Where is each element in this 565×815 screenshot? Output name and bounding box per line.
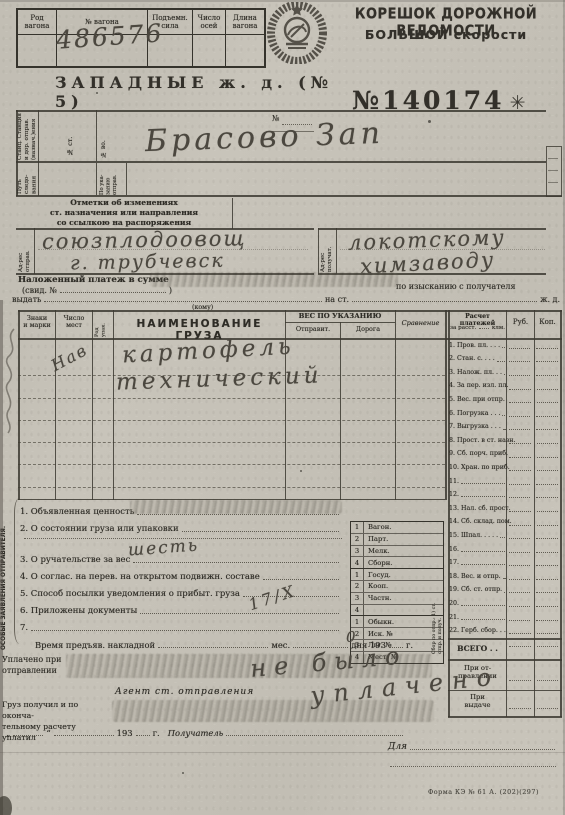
classification-row: Иск. №	[351, 628, 443, 640]
zhd-label: ж. д.	[540, 295, 560, 304]
payment-row: 12.	[449, 489, 561, 503]
quote-close: “	[46, 728, 50, 738]
ownership-group: Госуд. Кооп. Частн.	[351, 569, 443, 616]
scan-corner-blob	[0, 796, 12, 815]
declaration-item-text: 5. Способ посылки уведомления о прибыт. …	[20, 589, 240, 599]
declaration-item: 4. О соглас. на перев. на открытом подви…	[20, 565, 342, 582]
payment-row: 9. Сб. порч. приб.	[449, 448, 561, 462]
year-digit-handwritten: 0	[346, 628, 358, 646]
classification-row-number	[351, 593, 364, 604]
payment-rows: 1. Пров. пл. . . . 2. Стан. с. . . . 3. …	[449, 339, 561, 638]
cargo-name-handwritten-2: технический	[116, 362, 323, 395]
payment-row-label: 7. Выгрузка . . .	[449, 424, 506, 430]
soviet-emblem-icon	[264, 2, 330, 64]
payment-row: 5. Вес. при отпр.	[449, 393, 561, 407]
payment-row: 7. Выгрузка . . .	[449, 421, 561, 435]
payment-row-label: 10. Хран. по приб.	[449, 465, 506, 471]
payment-row: 2. Стан. с. . . .	[449, 353, 561, 367]
classification-row-number	[351, 534, 364, 545]
document-title-line2: БОЛЬШОЙ скорости	[332, 27, 560, 42]
payment-row: 21.	[449, 611, 561, 625]
payment-row-label: 18. Вес. и отпр.	[449, 574, 506, 580]
payment-row: 3. Налож. пл. . .	[449, 366, 561, 380]
wagon-type-cell	[18, 35, 57, 66]
wagon-type-header: Род вагона	[18, 10, 57, 34]
payment-row: 20.	[449, 597, 561, 611]
time-label: Время предъяв. накладной	[35, 640, 155, 650]
mes-label: мес.	[271, 640, 290, 650]
classification-row-number	[351, 605, 364, 616]
payment-row-label: 14. Сб. склад. пом.	[449, 519, 506, 525]
payment-row-label: 1. Пров. пл. . . .	[449, 343, 506, 349]
classification-row-number	[351, 546, 364, 557]
payment-row-label: 5. Вес. при отпр.	[449, 397, 506, 403]
cod-svid-label: (свид. №	[22, 286, 57, 295]
classification-row: Мелк.	[351, 546, 443, 558]
wagon-axles-cell	[193, 35, 226, 66]
payments-total-label: ВСЕГО . .	[449, 644, 506, 653]
payment-row: 8. Прост. в ст. назн.	[449, 434, 561, 448]
g-label: г.	[406, 640, 413, 650]
weight-sender-header: Отправит.	[286, 326, 340, 333]
classification-row: Госуд.	[351, 569, 443, 581]
classification-row-number	[351, 522, 364, 533]
payment-row-label: 16.	[449, 547, 506, 553]
dlya-line: Для	[388, 742, 558, 752]
weight-road-header: Дорога	[341, 326, 395, 333]
station-no-st-label: № ст.	[66, 116, 78, 156]
classification-row-label: Парт.	[364, 535, 388, 543]
declaration-item-text: 2. О состоянии груза или упаковки	[20, 524, 179, 534]
receiver-signature-line: „ “ 193 г. Получатель	[6, 728, 406, 738]
waybill-stub-document: Род вагона № вагона Подъемн. сила Число …	[0, 0, 565, 815]
payment-row-label: 8. Прост. в ст. назн.	[449, 438, 506, 444]
station-side-label: Станц. Станция и дор. отправ. (назнач.)е…	[17, 111, 38, 160]
payment-row: 6. Погрузка . . .	[449, 407, 561, 421]
payment-row: 14. Сб. склад. пом.	[449, 516, 561, 530]
classification-row-label: Кооп.	[364, 582, 388, 590]
paid-at-departure-label: Уплачено при отправлении	[2, 655, 64, 677]
at-delivery-label: При выдаче	[450, 693, 505, 709]
wagon-axles-header: Число осей	[193, 10, 226, 34]
sender-city-handwritten: г. трубчевск	[70, 250, 225, 275]
payment-row-label: 22. Герб. сбор. . .	[449, 628, 506, 634]
railway-name: ЗАПАДНЫЕ ж. д. (№ 5)	[55, 73, 355, 111]
route-side-label: Путь следо- вания	[17, 163, 38, 194]
payment-row: 22. Герб. сбор. . .	[449, 624, 561, 638]
declarations-list: 1. Объявленная ценность 2. О состоянии г…	[20, 500, 342, 633]
margin-scrawl	[0, 325, 24, 435]
declaration-item: 2. О состоянии груза или упаковки	[20, 517, 342, 534]
wagon-length-cell	[226, 35, 264, 66]
notes-line1: Отметки об изменениях	[18, 198, 230, 208]
cod-certificate-line: (свид. № )	[22, 286, 172, 295]
payment-row-label: 3. Налож. пл. . .	[449, 370, 506, 376]
marks-col-header: Знаки и марки	[19, 315, 55, 330]
weight-header: ВЕС ПО УКАЗАНИЮ	[286, 313, 394, 321]
declaration-item-text: 7.	[20, 623, 28, 633]
declaration-item-text: 1. Объявленная ценность	[20, 507, 134, 517]
classification-row-number	[351, 581, 364, 592]
distance-unit: клм.	[492, 325, 505, 331]
na-st-label: на ст.	[325, 295, 349, 304]
cod-payout-line: выдать на ст. ж. д.	[12, 295, 560, 304]
compare-col-header: Сравнение	[396, 320, 445, 328]
payment-row: 18. Вес. и отпр.	[449, 570, 561, 584]
classification-row-label: Сборн.	[364, 559, 392, 567]
classification-row: Сборн.	[351, 557, 443, 568]
right-margin-box	[546, 146, 562, 197]
payment-row-label: 4. За пер. изл. пл.	[449, 383, 506, 389]
receiver-address-side-label: Ад-рес получат.	[320, 230, 335, 272]
year-g-label: г.	[153, 728, 160, 738]
kop-header: Коп.	[535, 318, 560, 326]
places-col-header: Число мест	[56, 315, 92, 330]
wagon-length-header: Длина вагона	[226, 10, 264, 34]
vydat-label: выдать	[12, 295, 41, 304]
payment-row: 17.	[449, 557, 561, 571]
payment-row-label: 15. Шпал. . . . .	[449, 533, 506, 539]
packing-col-header: Род упак.	[94, 312, 112, 337]
sender-address-side-label: Ад-рес отправ.	[18, 230, 33, 272]
classification-row-number	[351, 557, 364, 568]
payment-row-label: 21.	[449, 615, 506, 621]
payment-row: 15. Шпал. . . . .	[449, 529, 561, 543]
destination-change-notes: Отметки об изменениях ст. назначения или…	[18, 198, 230, 228]
poluchatel-label: Получатель	[168, 728, 224, 738]
payment-row: 10. Хран. по приб.	[449, 461, 561, 475]
declaration-item-text: 3. О ручательстве за вес	[20, 555, 130, 565]
classification-row-label: Обыкн.	[364, 618, 394, 626]
classification-row-label: Вагон.	[364, 523, 391, 531]
payment-row-label: 9. Сб. порч. приб.	[449, 451, 506, 457]
classification-row-label: Иск. №	[364, 630, 393, 638]
shipment-type-group: Вагон. Парт. Мелк. Сборн.	[351, 522, 443, 569]
declaration-item-text: 6. Приложены документы	[20, 606, 137, 616]
payments-distance-line: за расст. клм.	[450, 325, 505, 331]
classification-row: Парт.	[351, 534, 443, 546]
scan-edge-top	[0, 0, 565, 2]
year-label: 193	[117, 728, 133, 738]
classification-row-label: Госуд.	[364, 571, 391, 579]
payment-row: 16.	[449, 543, 561, 557]
cod-amount-smudge	[150, 272, 398, 287]
rub-header: Руб.	[507, 318, 534, 326]
payment-row-label: 20.	[449, 601, 506, 607]
cod-svid-close: )	[169, 286, 172, 295]
payment-row-label: 13. Нал. сб. прост.	[449, 506, 506, 512]
classification-row-label: Мелк.	[364, 547, 390, 555]
payment-row: 1. Пров. пл. . . .	[449, 339, 561, 353]
payment-row-label: 17.	[449, 560, 506, 566]
station-name-handwritten: Брасово Зап	[144, 116, 384, 159]
payment-row: 13. Нал. сб. прост.	[449, 502, 561, 516]
cod-recover-note: по изысканию с получателя	[396, 282, 515, 291]
payment-row: 4. За пер. изл. пл.	[449, 380, 561, 394]
classification-row: Обыкн.	[351, 616, 443, 628]
classification-row-label: Частн.	[364, 594, 392, 602]
form-number: Форма КЭ № 61 А. (202)(297)	[428, 788, 539, 796]
cod-label: Наложенный платеж в сумме	[18, 275, 169, 285]
notes-line2: ст. назначения или направления	[18, 208, 230, 218]
agent-signature-label: Агент ст. отправления	[115, 687, 254, 697]
payment-row: 19. Сб. ст. отпр.	[449, 584, 561, 598]
classification-row: Кооп.	[351, 581, 443, 593]
classification-row-number	[351, 569, 364, 580]
payment-row-label: 12.	[449, 492, 506, 498]
payment-row-label: 19. Сб. ст. отпр.	[449, 587, 506, 593]
dlya-label: Для	[388, 742, 407, 752]
declared-value-smudge	[130, 500, 342, 514]
received-amount-smudge	[112, 700, 434, 722]
scan-edge-left	[0, 300, 3, 815]
classification-row	[351, 605, 443, 616]
payment-row-label: 11.	[449, 479, 506, 485]
distance-label: за расст.	[450, 325, 476, 331]
classification-row-number	[351, 616, 364, 627]
declaration-item: 6. Приложены документы	[20, 599, 342, 616]
payment-row-label: 2. Стан. с. . . .	[449, 356, 506, 362]
station-no-vo-label: № во.	[100, 114, 112, 158]
quote-open: „	[6, 728, 10, 738]
classification-row: Частн.	[351, 593, 443, 605]
route-by-sender-label: По ука- занию отправ.	[99, 163, 125, 195]
declaration-item: 7.	[20, 616, 342, 633]
payment-row-label: 6. Погрузка . . .	[449, 411, 506, 417]
declaration-item-text: 4. О соглас. на перев. на открытом подви…	[20, 572, 260, 582]
payment-row: 11.	[449, 475, 561, 489]
classification-row: Вагон.	[351, 522, 443, 534]
declarations-side-label: ОСОБЫЕ ЗАЯВЛЕНИЯ ОТПРАВИТЕЛЯ.	[1, 498, 13, 650]
